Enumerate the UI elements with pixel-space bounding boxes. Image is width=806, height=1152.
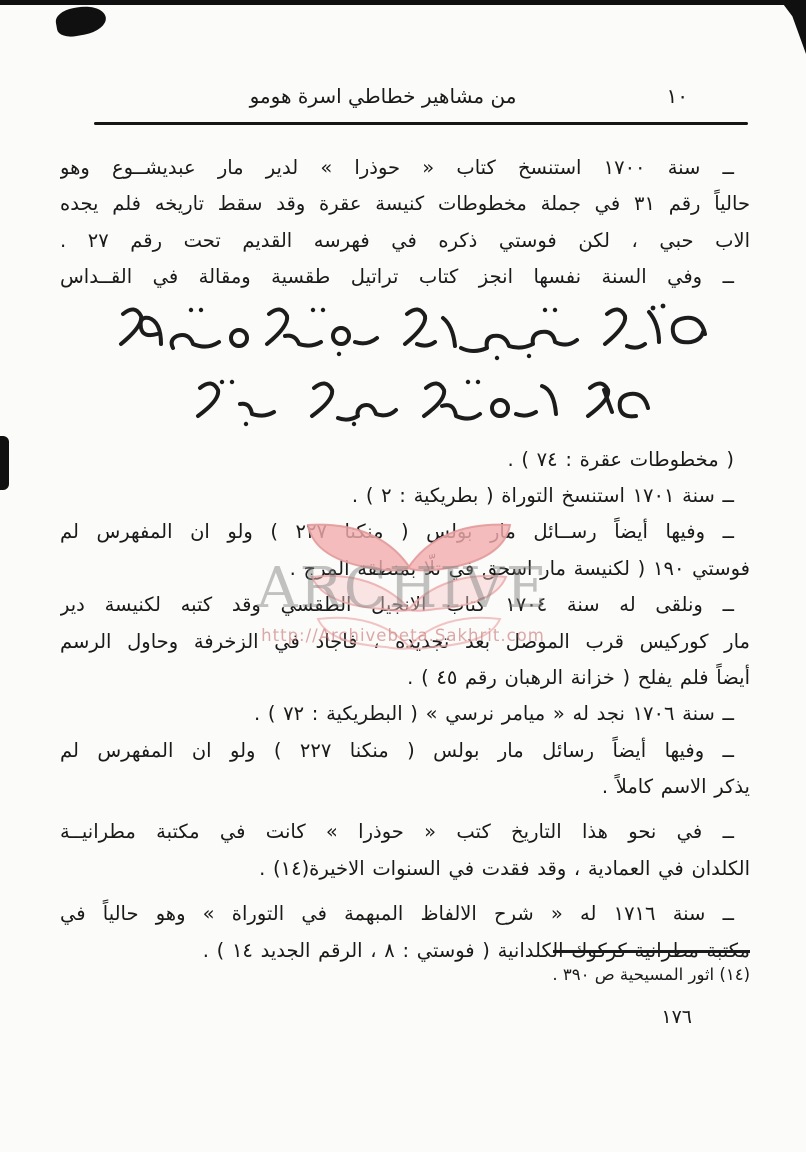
body-line: ــ في نحو هذا التاريخ كتب « حوذرا » كانت… (60, 814, 750, 850)
body-line: ــ سنة ١٧٠١ استنسخ التوراة ( بطريكية : ٢… (60, 478, 750, 514)
body-line: ــ سنة ١٧١٦ له « شرح الالفاظ المبهمة في … (60, 896, 750, 932)
body-line: مار كوركيس قرب الموصل بعد تجديده ، فاجاد… (60, 624, 750, 660)
scanned-book-page: من مشاهير خطاطي اسرة هومو ١٠ ــ سنة ١٧٠٠… (0, 0, 806, 1152)
syriac-line-2-script (156, 376, 654, 434)
body-line: فوستي ١٩٠ ( لكنيسة مار اسحق في تلّا بمنط… (60, 551, 750, 587)
body-line: ــ وفيها أيضاً رسائل مار بولس ( منكنا ٢٢… (60, 733, 750, 769)
running-header-title: من مشاهير خطاطي اسرة هومو (0, 84, 766, 108)
footnote-text: (١٤) اثور المسيحية ص ٣٩٠ . (552, 961, 750, 989)
body-line: ( مخطوطات عقرة : ٧٤ ) . (60, 442, 750, 478)
syriac-quote-line-2 (60, 376, 750, 434)
header-rule (94, 122, 748, 125)
body-line: ــ ونلقى له سنة ١٧٠٤ كتاب الانجيل الطقسي… (60, 587, 750, 623)
body-line: الكلدان في العمادية ، وقد فقدت في السنوا… (60, 851, 750, 887)
syriac-line-1-script (99, 302, 711, 366)
body-line: ــ وفي السنة نفسها انجز كتاب تراتيل طقسي… (60, 259, 750, 295)
scan-artifact-top-left-blob (54, 3, 108, 39)
body-line: حالياً رقم ٣١ في جملة مخطوطات كنيسة عقرة… (60, 186, 750, 222)
scan-artifact-left-edge-mark (0, 436, 9, 490)
scan-artifact-top-strip (0, 0, 806, 5)
body-line: أيضاً فلم يفلح ( خزانة الرهبان رقم ٤٥ ) … (60, 660, 750, 696)
footer-page-number: ١٧٦ (661, 1006, 692, 1028)
body-line: الاب حبي ، لكن فوستي ذكره في فهرسه القدي… (60, 223, 750, 259)
body-line: يذكر الاسم كاملاً . (60, 769, 750, 805)
body-line: ــ سنة ١٧٠٠ استنسخ كتاب « حوذرا » لدير م… (60, 150, 750, 186)
body-line: ــ وفيها أيضاً رســائل مار بولس ( منكنا … (60, 514, 750, 550)
body-line: ــ سنة ١٧٠٦ نجد له « ميامر نرسي » ( البط… (60, 696, 750, 732)
body-text-block: ــ سنة ١٧٠٠ استنسخ كتاب « حوذرا » لدير م… (60, 150, 750, 969)
header-page-number: ١٠ (667, 84, 688, 108)
syriac-quote-line-1 (60, 302, 750, 366)
footnote-rule (553, 950, 750, 953)
scan-artifact-top-right-corner (770, 0, 806, 54)
